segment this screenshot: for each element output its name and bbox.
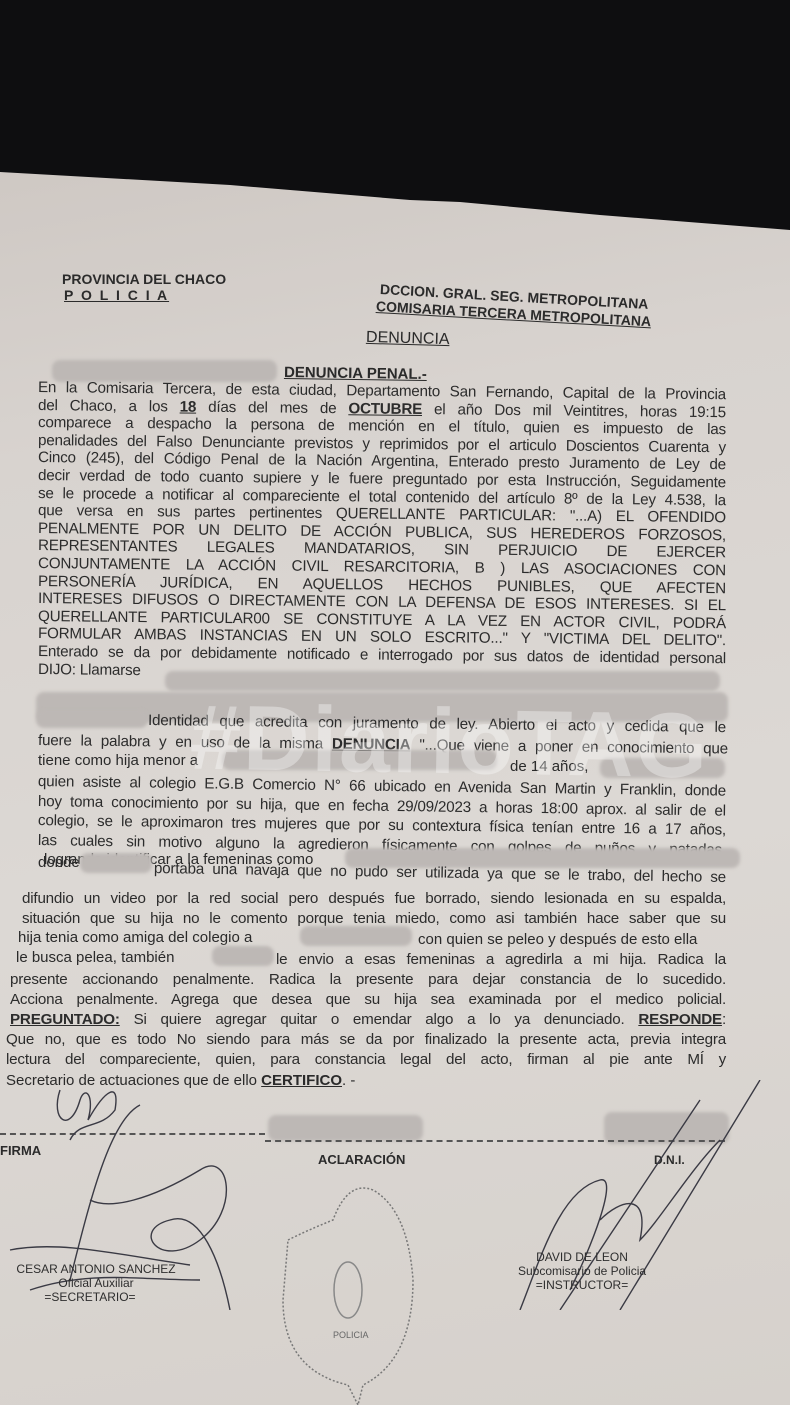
redacted-name bbox=[300, 926, 412, 946]
instructor-role: =INSTRUCTOR= bbox=[512, 1278, 652, 1292]
text-line: PREGUNTADO: Si quiere agregar quitar o e… bbox=[10, 1011, 726, 1028]
redacted-name bbox=[212, 946, 274, 966]
instructor-name: DAVID DE LEON bbox=[512, 1250, 652, 1264]
text-line: Que no, que es todo No siendo para más s… bbox=[6, 1031, 726, 1048]
redacted-field bbox=[36, 710, 148, 728]
header-policia: P O L I C I A bbox=[64, 287, 169, 303]
responde-label: RESPONDE bbox=[638, 1011, 722, 1028]
text-line: le busca pelea, también bbox=[16, 949, 174, 966]
watermark: #DiarioTAG bbox=[189, 685, 710, 799]
instructor-rank: Subcomisario de Policia bbox=[512, 1264, 652, 1278]
text-span: días del mes de bbox=[196, 398, 348, 417]
text-line: presente accionando penalmente. Radica l… bbox=[10, 971, 726, 988]
text-span: del Chaco, a los bbox=[38, 397, 180, 415]
text-line: hija tenia como amiga del colegio a bbox=[18, 929, 252, 946]
stamp-border-icon bbox=[278, 1170, 418, 1405]
secretary-rank: Oficial Auxiliar bbox=[6, 1276, 186, 1290]
text-span: 18 bbox=[180, 398, 197, 415]
text-span: OCTUBRE bbox=[348, 400, 422, 418]
text-line: difundio un video por la red social pero… bbox=[22, 890, 726, 907]
doc-subtitle: DENUNCIA PENAL.- bbox=[284, 364, 427, 383]
secretary-role: =SECRETARIO= bbox=[0, 1290, 180, 1304]
doc-type-title: DENUNCIA bbox=[366, 329, 450, 349]
text-line: situación que su hija no le comento porq… bbox=[22, 910, 726, 927]
preguntado-label: PREGUNTADO: bbox=[10, 1011, 120, 1028]
text-line: tiene como hija menor a bbox=[38, 752, 198, 769]
police-stamp: POLICIA bbox=[278, 1170, 418, 1405]
stamp-center-text: POLICIA bbox=[333, 1330, 369, 1340]
text-span: Si quiere agregar quitar o emendar algo … bbox=[120, 1011, 639, 1028]
text-line: Acciona penalmente. Agrega que desea que… bbox=[10, 991, 726, 1008]
header-province: PROVINCIA DEL CHACO bbox=[62, 271, 226, 287]
text-line: donde bbox=[38, 854, 80, 871]
text-line: le envio a esas femeninas a agredirla a … bbox=[276, 951, 726, 968]
redacted-name bbox=[80, 853, 152, 873]
text-line: lectura del compareciente, quien, para c… bbox=[6, 1051, 726, 1068]
text-line: con quien se peleo y después de esto ell… bbox=[418, 931, 697, 948]
secretary-name: CESAR ANTONIO SANCHEZ bbox=[6, 1262, 186, 1276]
